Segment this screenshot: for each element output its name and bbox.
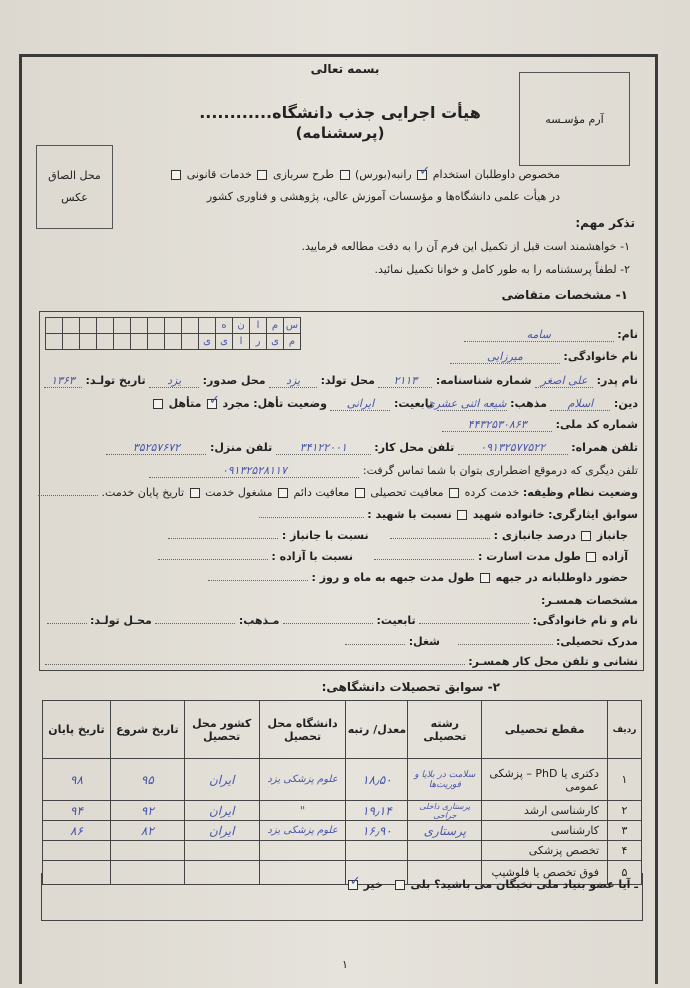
served-label: خدمت کرده bbox=[465, 486, 520, 499]
grid-cell[interactable]: م bbox=[284, 334, 301, 350]
header-university: دانشگاه محل تحصیل bbox=[259, 701, 346, 759]
martyr-family-label: خانواده شهید bbox=[473, 508, 545, 521]
header-gpa: معدل/ رتبه bbox=[346, 701, 408, 759]
grid-cell[interactable] bbox=[182, 318, 199, 334]
degree-level: دکتری یا PhD – پزشکی عمومی bbox=[482, 759, 608, 801]
birth-place-label: محل تولد: bbox=[321, 374, 375, 387]
grid-cell[interactable] bbox=[63, 318, 80, 334]
table-row: ۱ دکتری یا PhD – پزشکی عمومی سلامت در بل… bbox=[43, 759, 642, 801]
gpa-cell[interactable]: ۱۸٫۵۰ bbox=[346, 759, 408, 801]
freed-relation-field[interactable] bbox=[158, 559, 268, 560]
spouse-nationality-label: تابعیت: bbox=[376, 614, 415, 627]
spouse-degree-row: مدرک تحصیلی: شغل: bbox=[345, 635, 638, 648]
grid-cell[interactable] bbox=[97, 318, 114, 334]
religion-label: دین: bbox=[614, 397, 638, 410]
grid-cell[interactable] bbox=[46, 334, 63, 350]
grid-cell[interactable]: س bbox=[284, 318, 301, 334]
grid-cell[interactable] bbox=[97, 334, 114, 350]
end-date-cell[interactable]: ۹۸ bbox=[43, 759, 111, 801]
grid-cell[interactable] bbox=[46, 318, 63, 334]
university-cell[interactable]: " bbox=[259, 801, 346, 821]
grid-cell[interactable]: ی bbox=[199, 334, 216, 350]
grid-cell[interactable] bbox=[80, 334, 97, 350]
table-row: ۳ کارشناسی پرستاری ۱۶٫۹۰ علوم پزشکی یزد … bbox=[43, 821, 642, 841]
spouse-address-label: نشانی و تلفن محل کار همسـر: bbox=[468, 655, 638, 668]
sect-field[interactable]: شیعه اثنی عشری bbox=[437, 397, 507, 411]
spouse-birthplace-label: محـل تولـد: bbox=[90, 614, 152, 627]
row-number: ۴ bbox=[608, 841, 642, 861]
checkbox-freed[interactable] bbox=[586, 552, 596, 562]
grid-cell[interactable]: ا bbox=[250, 318, 267, 334]
national-id-field[interactable]: ۴۴۳۲۵۳۰۸۶۳ bbox=[442, 418, 552, 432]
home-phone-label: تلفن منزل: bbox=[210, 441, 272, 454]
grid-cell[interactable]: ی bbox=[216, 334, 233, 350]
header-field: رشته تحصیلی bbox=[408, 701, 482, 759]
serving-label: مشغول خدمت bbox=[205, 486, 272, 499]
elite-question-label: ـ آیا عضو بنیاد ملی نخبگان می باشید؟ بلی bbox=[411, 878, 638, 891]
veteran-percent-label: درصد جانبازی : bbox=[494, 529, 576, 542]
sacrifice-row: سوابق ایثارگری: خانواده شهید نسبت با شهی… bbox=[259, 508, 638, 521]
service-end-date-label: تاریخ پایان خدمت. bbox=[102, 486, 185, 499]
row-number: ۳ bbox=[608, 821, 642, 841]
spouse-job-label: شغل: bbox=[409, 635, 440, 648]
country-cell[interactable]: ایران bbox=[184, 821, 259, 841]
photo-label-line2: عکس bbox=[61, 187, 88, 209]
grid-cell[interactable]: ه bbox=[216, 318, 233, 334]
education-table: ردیف مقطع تحصیلی رشته تحصیلی معدل/ رتبه … bbox=[42, 700, 642, 885]
start-date-cell[interactable] bbox=[110, 841, 184, 861]
volunteer-row: حضور داوطلبانه در جبهه طول مدت جبهه به م… bbox=[208, 571, 628, 584]
military-status-label: وضعیت نظام وظیفه: bbox=[523, 486, 638, 499]
option-legal-service: خدمات قانونی bbox=[187, 168, 252, 181]
row-number: ۱ bbox=[608, 759, 642, 801]
father-row: نام پدر: علی اصغر شماره شناسنامه: ۲۱۱۳ م… bbox=[44, 374, 638, 388]
last-name-label: نام خانوادگی: bbox=[563, 350, 638, 363]
field-cell[interactable]: پرستاری داخلی جراحی bbox=[408, 801, 482, 821]
home-phone-field[interactable]: ۳۵۲۵۷۶۷۲ bbox=[106, 441, 206, 455]
spouse-job-field[interactable] bbox=[345, 644, 405, 645]
checkbox-scholarship[interactable] bbox=[417, 170, 427, 180]
grid-cell[interactable] bbox=[131, 318, 148, 334]
spouse-degree-label: مدرک تحصیلی: bbox=[556, 635, 638, 648]
checkbox-military-plan[interactable] bbox=[340, 170, 350, 180]
grid-cell[interactable]: ن bbox=[233, 318, 250, 334]
form-title: هیأت اجرایی جذب دانشگاه............ bbox=[180, 103, 500, 122]
grid-cell[interactable] bbox=[114, 318, 131, 334]
spouse-degree-field[interactable] bbox=[458, 644, 553, 645]
issue-place-label: محل صدور: bbox=[203, 374, 266, 387]
field-cell[interactable]: پرستاری bbox=[408, 821, 482, 841]
religion-field[interactable]: اسلام bbox=[550, 397, 610, 411]
first-name-row: نام: سامه bbox=[464, 328, 638, 342]
last-name-row: نام خانوادگی: میرزایی bbox=[450, 350, 638, 364]
checkbox-volunteer[interactable] bbox=[480, 573, 490, 583]
grid-cell[interactable] bbox=[165, 318, 182, 334]
form-subtitle: (پرسشنامه) bbox=[180, 124, 500, 142]
start-date-cell[interactable]: ۹۲ bbox=[110, 801, 184, 821]
captivity-label: طول مدت اسارت : bbox=[478, 550, 581, 563]
nationality-field[interactable]: ایرانی bbox=[330, 397, 390, 411]
sacrifice-title: سوابق ایثارگری: bbox=[548, 508, 638, 521]
checkbox-single[interactable] bbox=[207, 399, 217, 409]
spouse-name-label: نام و نام خانوادگی: bbox=[533, 614, 638, 627]
checkbox-legal-service[interactable] bbox=[257, 170, 267, 180]
married-label: متأهل bbox=[169, 397, 202, 410]
sect-label: مذهب: bbox=[510, 397, 547, 410]
grid-cell[interactable]: ر bbox=[250, 334, 267, 350]
applicant-type-prefix: مخصوص داوطلبان استخدام bbox=[433, 168, 560, 181]
logo-label: آرم مؤسـسه bbox=[545, 113, 603, 126]
end-date-cell[interactable]: ۹۴ bbox=[43, 801, 111, 821]
permanent-exemption-label: معافیت دائم bbox=[294, 486, 350, 499]
spouse-nationality-field[interactable] bbox=[283, 623, 373, 624]
notes-title: تذکر مهم: bbox=[575, 216, 635, 230]
elite-question-row: ـ آیا عضو بنیاد ملی نخبگان می باشید؟ بلی… bbox=[346, 878, 638, 891]
table-header-row: ردیف مقطع تحصیلی رشته تحصیلی معدل/ رتبه … bbox=[43, 701, 642, 759]
captivity-field[interactable] bbox=[374, 559, 474, 560]
grid-cell[interactable]: م bbox=[267, 318, 284, 334]
university-cell[interactable] bbox=[259, 841, 346, 861]
grid-cell[interactable] bbox=[165, 334, 182, 350]
first-name-field[interactable]: سامه bbox=[464, 328, 614, 342]
first-name-label: نام: bbox=[617, 328, 638, 341]
id-number-field[interactable]: ۲۱۱۳ bbox=[378, 374, 432, 388]
applicant-type-row: مخصوص داوطلبان استخدام رانبه(بورس) طرح س… bbox=[169, 168, 560, 181]
work-phone-field[interactable]: ۳۴۱۲۲۰۰۱ bbox=[276, 441, 371, 455]
gpa-cell[interactable]: ۱۹٫۱۴ bbox=[346, 801, 408, 821]
spouse-birthplace-field[interactable] bbox=[47, 623, 87, 624]
freed-row: آزاده طول مدت اسارت : نسبت با آزاده : bbox=[158, 550, 628, 563]
grid-cell[interactable] bbox=[148, 334, 165, 350]
header-level: مقطع تحصیلی bbox=[482, 701, 608, 759]
spouse-address-row: نشانی و تلفن محل کار همسـر: bbox=[45, 655, 638, 668]
birth-date-label: تاریخ تولـد: bbox=[85, 374, 145, 387]
service-end-date-field[interactable] bbox=[38, 495, 98, 496]
emergency-row: تلفن دیگری که درموقع اضطراری بتوان با شم… bbox=[149, 464, 638, 478]
grid-cell[interactable]: ا bbox=[233, 334, 250, 350]
country-cell[interactable]: ایران bbox=[184, 759, 259, 801]
grid-cell[interactable] bbox=[63, 334, 80, 350]
latin-name-grid[interactable]: ه ن ا م س ی ی ا ر ی م bbox=[45, 317, 301, 350]
emergency-phone-label: تلفن دیگری که درموقع اضطراری بتوان با شم… bbox=[363, 464, 638, 477]
veteran-relation-field[interactable] bbox=[168, 538, 278, 539]
grid-cell[interactable] bbox=[80, 318, 97, 334]
start-date-cell[interactable]: ۸۲ bbox=[110, 821, 184, 841]
martyr-relation-label: نسبت با شهید : bbox=[367, 508, 452, 521]
phones-row: تلفن همراه: ۰۹۱۳۲۵۷۷۵۲۲ تلفن محل کار: ۳۴… bbox=[106, 441, 638, 455]
checkbox-educational-exemption[interactable] bbox=[355, 488, 365, 498]
degree-level: کارشناسی ارشد bbox=[482, 801, 608, 821]
degree-level: تخصص پزشکی bbox=[482, 841, 608, 861]
row-number: ۲ bbox=[608, 801, 642, 821]
single-label: مجرد bbox=[222, 397, 249, 410]
option-military-plan: طرح سربازی bbox=[273, 168, 334, 181]
grid-cell[interactable] bbox=[114, 334, 131, 350]
national-id-row: شماره کد ملی: ۴۴۳۲۵۳۰۸۶۳ bbox=[442, 418, 638, 432]
table-row: ۴ تخصص پزشکی bbox=[43, 841, 642, 861]
end-date-cell[interactable] bbox=[43, 841, 111, 861]
university-cell[interactable]: علوم پزشکی یزد bbox=[259, 821, 346, 841]
volunteer-label: حضور داوطلبانه در جبهه bbox=[496, 571, 628, 584]
photo-label-line1: محل الصاق bbox=[48, 165, 101, 187]
table-row: ۲ کارشناسی ارشد پرستاری داخلی جراحی ۱۹٫۱… bbox=[43, 801, 642, 821]
work-phone-label: تلفن محل کار: bbox=[374, 441, 454, 454]
freed-label: آزاده bbox=[602, 550, 628, 563]
note-item-1: ۱- خواهشمند است قبل از تکمیل این فرم آن … bbox=[301, 240, 630, 253]
veteran-row: جانباز درصد جانبازی : نسبت با جانباز : bbox=[168, 529, 628, 542]
last-name-field[interactable]: میرزایی bbox=[450, 350, 560, 364]
grid-cell[interactable] bbox=[131, 334, 148, 350]
elite-no-label: خیر bbox=[364, 878, 383, 891]
applicant-type-line2: در هیأت علمی دانشگاه‌ها و مؤسسات آموزش ع… bbox=[207, 190, 560, 203]
father-name-field[interactable]: علی اصغر bbox=[535, 374, 593, 388]
checkbox-served[interactable] bbox=[449, 488, 459, 498]
birth-date-field[interactable]: ۱۳۶۳ bbox=[44, 374, 82, 388]
spouse-name-row: نام و نام خانوادگی: تابعیت: مـذهب: محـل … bbox=[47, 614, 638, 627]
institution-logo-box: آرم مؤسـسه bbox=[519, 72, 630, 166]
national-id-label: شماره کد ملی: bbox=[556, 418, 638, 431]
header-end-date: تاریخ پایان bbox=[43, 701, 111, 759]
spouse-name-field[interactable] bbox=[419, 623, 529, 624]
checkbox-extra[interactable] bbox=[171, 170, 181, 180]
note-item-2: ۲- لطفاً پرسشنامه را به طور کامل و خوانا… bbox=[375, 263, 631, 276]
issue-place-field[interactable]: یزد bbox=[149, 374, 199, 388]
mobile-field[interactable]: ۰۹۱۳۲۵۷۷۵۲۲ bbox=[458, 441, 568, 455]
checkbox-veteran[interactable] bbox=[581, 531, 591, 541]
country-cell[interactable]: ایران bbox=[184, 801, 259, 821]
checkbox-elite-yes[interactable] bbox=[395, 880, 405, 890]
front-duration-label: طول مدت جبهه به ماه و روز : bbox=[312, 571, 475, 584]
header-row-number: ردیف bbox=[608, 701, 642, 759]
grid-cell[interactable]: ی bbox=[267, 334, 284, 350]
page-number: ۱ bbox=[0, 958, 690, 971]
start-date-cell[interactable]: ۹۵ bbox=[110, 759, 184, 801]
front-duration-field[interactable] bbox=[208, 580, 308, 581]
veteran-label: جانباز bbox=[597, 529, 628, 542]
end-date-cell[interactable]: ۸۶ bbox=[43, 821, 111, 841]
field-cell[interactable] bbox=[408, 841, 482, 861]
section2-title: ۲- سوابق تحصیلات دانشگاهی: bbox=[322, 680, 500, 694]
birth-place-field[interactable]: یزد bbox=[269, 374, 317, 388]
header-country: کشور محل تحصیل bbox=[184, 701, 259, 759]
spouse-address-field[interactable] bbox=[45, 664, 465, 665]
university-cell[interactable]: علوم پزشکی یزد bbox=[259, 759, 346, 801]
spouse-sect-label: مـذهب: bbox=[239, 614, 280, 627]
grid-cell[interactable] bbox=[199, 318, 216, 334]
photo-box[interactable]: محل الصاق عکس bbox=[36, 145, 113, 229]
checkbox-permanent-exemption[interactable] bbox=[278, 488, 288, 498]
spouse-sect-field[interactable] bbox=[155, 623, 235, 624]
gpa-cell[interactable]: ۱۶٫۹۰ bbox=[346, 821, 408, 841]
educational-exemption-label: معافیت تحصیلی bbox=[370, 486, 443, 499]
header-start-date: تاریخ شروع bbox=[110, 701, 184, 759]
veteran-percent-field[interactable] bbox=[390, 538, 490, 539]
martyr-relation-field[interactable] bbox=[259, 517, 364, 518]
checkbox-serving[interactable] bbox=[190, 488, 200, 498]
degree-level: کارشناسی bbox=[482, 821, 608, 841]
marital-status-label: وضعیت تأهل: bbox=[253, 397, 327, 410]
gpa-cell[interactable] bbox=[346, 841, 408, 861]
checkbox-married[interactable] bbox=[153, 399, 163, 409]
emergency-phone-field[interactable]: ۰۹۱۳۲۵۲۸۱۱۷ bbox=[149, 464, 359, 478]
option-scholarship: رانبه(بورس) bbox=[355, 168, 412, 181]
mobile-label: تلفن همراه: bbox=[571, 441, 638, 454]
country-cell[interactable] bbox=[184, 841, 259, 861]
section1-title: ۱- مشخصات متقاضی bbox=[501, 288, 628, 302]
checkbox-elite-no[interactable] bbox=[348, 880, 358, 890]
grid-cell[interactable] bbox=[182, 334, 199, 350]
freed-relation-label: نسبت با آزاده : bbox=[271, 550, 353, 563]
military-row: وضعیت نظام وظیفه: خدمت کرده معافیت تحصیل… bbox=[38, 486, 638, 499]
grid-cell[interactable] bbox=[148, 318, 165, 334]
religion-row: دین: اسلام مذهب: شیعه اثنی عشری تابعیت: … bbox=[151, 397, 638, 411]
veteran-relation-label: نسبت با جانباز : bbox=[282, 529, 369, 542]
spouse-title: مشخصات همسـر: bbox=[541, 594, 638, 607]
father-name-label: نام پدر: bbox=[597, 374, 638, 387]
checkbox-martyr-family[interactable] bbox=[457, 510, 467, 520]
field-cell[interactable]: سلامت در بلایا و فوریت‌ها bbox=[408, 759, 482, 801]
id-number-label: شماره شناسنامه: bbox=[436, 374, 532, 387]
